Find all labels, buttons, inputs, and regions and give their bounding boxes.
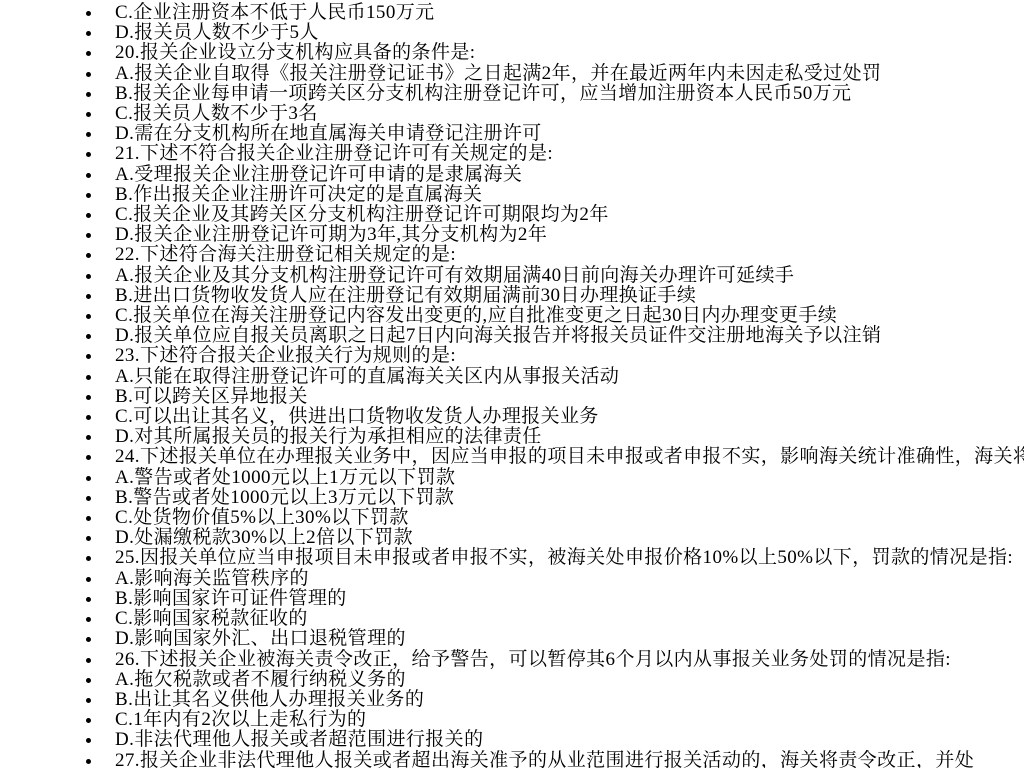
- bullet-icon: [86, 51, 91, 56]
- list-item: B.报关企业每申请一项跨关区分支机构注册登记许可，应当增加注册资本人民币50万元: [0, 84, 1024, 104]
- line-text: D.报关企业注册登记许可期为3年,其分支机构为2年: [115, 225, 547, 245]
- line-text: D.非法代理他人报关或者超范围进行报关的: [115, 730, 483, 750]
- line-text: A.警告或者处1000元以上1万元以下罚款: [115, 468, 455, 488]
- line-text: D.处漏缴税款30%以上2倍以下罚款: [115, 528, 413, 548]
- bullet-icon: [86, 173, 91, 178]
- bullet-icon: [86, 556, 91, 561]
- list-item: C.报关单位在海关注册登记内容发出变更的,应自批准变更之日起30日内办理变更手续: [0, 306, 1024, 326]
- line-text: A.报关企业自取得《报关注册登记证书》之日起满2年，并在最近两年内未因走私受过处…: [115, 64, 881, 84]
- line-text: B.出让其名义供他人办理报关业务的: [115, 690, 424, 710]
- bullet-icon: [86, 152, 91, 157]
- list-item: C.可以出让其名义，供进出口货物收发货人办理报关业务: [0, 407, 1024, 427]
- bullet-icon: [86, 354, 91, 359]
- line-text: C.可以出让其名义，供进出口货物收发货人办理报关业务: [115, 407, 599, 427]
- bullet-icon: [86, 577, 91, 582]
- line-text: D.影响国家外汇、出口退税管理的: [115, 629, 406, 649]
- list-item: C.处货物价值5%以上30%以下罚款: [0, 508, 1024, 528]
- bullet-icon: [86, 72, 91, 77]
- bullet-icon: [86, 213, 91, 218]
- list-item: A.只能在取得注册登记许可的直属海关关区内从事报关活动: [0, 367, 1024, 387]
- document-page: C.企业注册资本不低于人民币150万元D.报关员人数不少于5人20.报关企业设立…: [0, 0, 1024, 768]
- bullet-icon: [86, 294, 91, 299]
- list-item: 20.报关企业设立分支机构应具备的条件是:: [0, 43, 1024, 63]
- bullet-icon: [86, 274, 91, 279]
- line-text: C.报关企业及其跨关区分支机构注册登记许可期限均为2年: [115, 205, 609, 225]
- line-text: C.报关员人数不少于3名: [115, 104, 318, 124]
- bullet-icon: [86, 11, 91, 16]
- line-text: C.报关单位在海关注册登记内容发出变更的,应自批准变更之日起30日内办理变更手续: [115, 306, 837, 326]
- line-text: B.进出口货物收发货人应在注册登记有效期届满前30日办理换证手续: [115, 286, 696, 306]
- list-item: C.1年内有2次以上走私行为的: [0, 710, 1024, 730]
- line-text: 27.报关企业非法代理他人报关或者超出海关准予的从业范围进行报关活动的，海关将责…: [115, 751, 974, 768]
- line-text: 23.下述符合报关企业报关行为规则的是:: [115, 346, 456, 366]
- bullet-icon: [86, 718, 91, 723]
- bullet-icon: [86, 536, 91, 541]
- list-item: C.影响国家税款征收的: [0, 609, 1024, 629]
- bullet-icon: [86, 597, 91, 602]
- list-item: A.拖欠税款或者不履行纳税义务的: [0, 670, 1024, 690]
- line-text: A.受理报关企业注册登记许可申请的是隶属海关: [115, 165, 522, 185]
- list-item: A.警告或者处1000元以上1万元以下罚款: [0, 468, 1024, 488]
- bullet-icon: [86, 132, 91, 137]
- list-item: B.警告或者处1000元以上3万元以下罚款: [0, 488, 1024, 508]
- bullet-icon: [86, 738, 91, 743]
- line-text: B.作出报关企业注册许可决定的是直属海关: [115, 185, 482, 205]
- line-text: B.报关企业每申请一项跨关区分支机构注册登记许可，应当增加注册资本人民币50万元: [115, 84, 851, 104]
- list-item: A.报关企业自取得《报关注册登记证书》之日起满2年，并在最近两年内未因走私受过处…: [0, 64, 1024, 84]
- line-text: 25.因报关单位应当申报项目未申报或者申报不实，被海关处申报价格10%以上50%…: [115, 548, 1013, 568]
- bullet-icon: [86, 455, 91, 460]
- line-text: D.对其所属报关员的报关行为承担相应的法律责任: [115, 427, 542, 447]
- bullet-icon: [86, 476, 91, 481]
- bullet-icon: [86, 698, 91, 703]
- list-item: C.报关员人数不少于3名: [0, 104, 1024, 124]
- list-item: 27.报关企业非法代理他人报关或者超出海关准予的从业范围进行报关活动的，海关将责…: [0, 751, 1024, 768]
- line-text: C.1年内有2次以上走私行为的: [115, 710, 366, 730]
- line-text: A.报关企业及其分支机构注册登记许可有效期届满40日前向海关办理许可延续手: [115, 266, 794, 286]
- list-item: B.影响国家许可证件管理的: [0, 589, 1024, 609]
- list-item: C.报关企业及其跨关区分支机构注册登记许可期限均为2年: [0, 205, 1024, 225]
- list-item: B.可以跨关区异地报关: [0, 387, 1024, 407]
- bullet-icon: [86, 435, 91, 440]
- list-item: 24.下述报关单位在办理报关业务中，因应当申报的项目未申报或者申报不实，影响海关…: [0, 447, 1024, 467]
- bullet-icon: [86, 658, 91, 663]
- list-item: D.报关企业注册登记许可期为3年,其分支机构为2年: [0, 225, 1024, 245]
- bullet-icon: [86, 415, 91, 420]
- bullet-icon: [86, 637, 91, 642]
- bullet-icon: [86, 516, 91, 521]
- line-text: B.警告或者处1000元以上3万元以下罚款: [115, 488, 454, 508]
- list-item: D.对其所属报关员的报关行为承担相应的法律责任: [0, 427, 1024, 447]
- line-text: D.报关单位应自报关员离职之日起7日内向海关报告并将报关员证件交注册地海关予以注…: [115, 326, 881, 346]
- bullet-icon: [86, 334, 91, 339]
- list-item: A.报关企业及其分支机构注册登记许可有效期届满40日前向海关办理许可延续手: [0, 266, 1024, 286]
- bullet-icon: [86, 253, 91, 258]
- list-item: D.影响国家外汇、出口退税管理的: [0, 629, 1024, 649]
- line-text: D.报关员人数不少于5人: [115, 23, 319, 43]
- line-text: C.企业注册资本不低于人民币150万元: [115, 3, 435, 23]
- line-text: B.影响国家许可证件管理的: [115, 589, 347, 609]
- line-text: C.处货物价值5%以上30%以下罚款: [115, 508, 409, 528]
- list-item: 22.下述符合海关注册登记相关规定的是:: [0, 245, 1024, 265]
- bullet-icon: [86, 678, 91, 683]
- list-item: D.非法代理他人报关或者超范围进行报关的: [0, 730, 1024, 750]
- bullet-icon: [86, 233, 91, 238]
- list-item: A.受理报关企业注册登记许可申请的是隶属海关: [0, 165, 1024, 185]
- list-item: 26.下述报关企业被海关责令改正，给予警告，可以暂停其6个月以内从事报关业务处罚…: [0, 650, 1024, 670]
- list-item: B.作出报关企业注册许可决定的是直属海关: [0, 185, 1024, 205]
- list-item: 25.因报关单位应当申报项目未申报或者申报不实，被海关处申报价格10%以上50%…: [0, 548, 1024, 568]
- line-text: 20.报关企业设立分支机构应具备的条件是:: [115, 43, 475, 63]
- line-text: A.只能在取得注册登记许可的直属海关关区内从事报关活动: [115, 367, 619, 387]
- list-item: C.企业注册资本不低于人民币150万元: [0, 3, 1024, 23]
- list-item: B.进出口货物收发货人应在注册登记有效期届满前30日办理换证手续: [0, 286, 1024, 306]
- line-text: C.影响国家税款征收的: [115, 609, 308, 629]
- list-item: A.影响海关监管秩序的: [0, 569, 1024, 589]
- list-item: 21.下述不符合报关企业注册登记许可有关规定的是:: [0, 144, 1024, 164]
- list-item: D.处漏缴税款30%以上2倍以下罚款: [0, 528, 1024, 548]
- line-text: B.可以跨关区异地报关: [115, 387, 308, 407]
- line-text: A.影响海关监管秩序的: [115, 569, 309, 589]
- line-text: 22.下述符合海关注册登记相关规定的是:: [115, 245, 456, 265]
- bullet-icon: [86, 112, 91, 117]
- line-text: 26.下述报关企业被海关责令改正，给予警告，可以暂停其6个月以内从事报关业务处罚…: [115, 650, 951, 670]
- list-item: D.报关员人数不少于5人: [0, 23, 1024, 43]
- bullet-icon: [86, 759, 91, 764]
- bullet-icon: [86, 496, 91, 501]
- list-item: B.出让其名义供他人办理报关业务的: [0, 690, 1024, 710]
- line-text: D.需在分支机构所在地直属海关申请登记注册许可: [115, 124, 542, 144]
- bullet-icon: [86, 395, 91, 400]
- bullet-icon: [86, 314, 91, 319]
- bullet-icon: [86, 617, 91, 622]
- question-list: C.企业注册资本不低于人民币150万元D.报关员人数不少于5人20.报关企业设立…: [0, 3, 1024, 768]
- list-item: D.需在分支机构所在地直属海关申请登记注册许可: [0, 124, 1024, 144]
- bullet-icon: [86, 375, 91, 380]
- line-text: 24.下述报关单位在办理报关业务中，因应当申报的项目未申报或者申报不实，影响海关…: [115, 447, 1024, 467]
- bullet-icon: [86, 31, 91, 36]
- line-text: 21.下述不符合报关企业注册登记许可有关规定的是:: [115, 144, 553, 164]
- bullet-icon: [86, 92, 91, 97]
- list-item: D.报关单位应自报关员离职之日起7日内向海关报告并将报关员证件交注册地海关予以注…: [0, 326, 1024, 346]
- bullet-icon: [86, 193, 91, 198]
- line-text: A.拖欠税款或者不履行纳税义务的: [115, 670, 406, 690]
- list-item: 23.下述符合报关企业报关行为规则的是:: [0, 346, 1024, 366]
